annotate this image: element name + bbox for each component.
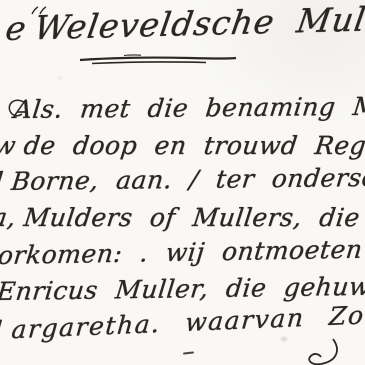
- pen-dash-mark: [183, 351, 194, 354]
- line-cut-fragment: l: [0, 167, 5, 196]
- handwritten-line-3: lBorne, aan. / ter ondersch: [0, 165, 365, 194]
- handwritten-line-7: largaretha. waarvan Zon: [0, 302, 365, 343]
- handwritten-line-5: orkomen: . wij ontmoeten d: [0, 236, 365, 268]
- line-text: de doop en trouwd Registers,: [22, 131, 365, 160]
- line-text: orkomen: . wij ontmoeten d: [0, 234, 365, 270]
- handwritten-line-2: wde doop en trouwd Registers,: [0, 133, 365, 158]
- scanned-document-page: eWeleveldsche Mullers Als. met die benam…: [0, 0, 365, 365]
- line-text: Mulders of Mullers, die: [22, 203, 361, 232]
- line-cut-fragment: a,: [0, 203, 18, 232]
- handwritten-line-4: a,Mulders of Mullers, die: [0, 205, 361, 230]
- title-text: Weleveldsche Mullers: [32, 0, 365, 47]
- line-cut-fragment: w: [0, 131, 18, 160]
- handwritten-line-1: Als. met die benaming M: [13, 94, 365, 122]
- document-title: eWeleveldsche Mullers: [4, 1, 365, 45]
- handwritten-line-6: Enricus Muller, die gehuw: [0, 274, 365, 304]
- line-text: Borne, aan. / ter ondersch: [10, 163, 365, 196]
- title-cut-fragment: e: [3, 8, 29, 48]
- line-text: Als. met die benaming M: [12, 92, 365, 124]
- line-text: Enricus Muller, die gehuw: [0, 272, 365, 306]
- line-cut-fragment: l: [0, 316, 5, 345]
- descender-loop-flourish: [303, 338, 343, 365]
- title-accent-marks: [30, 6, 48, 16]
- title-underline-flourish: [78, 53, 238, 67]
